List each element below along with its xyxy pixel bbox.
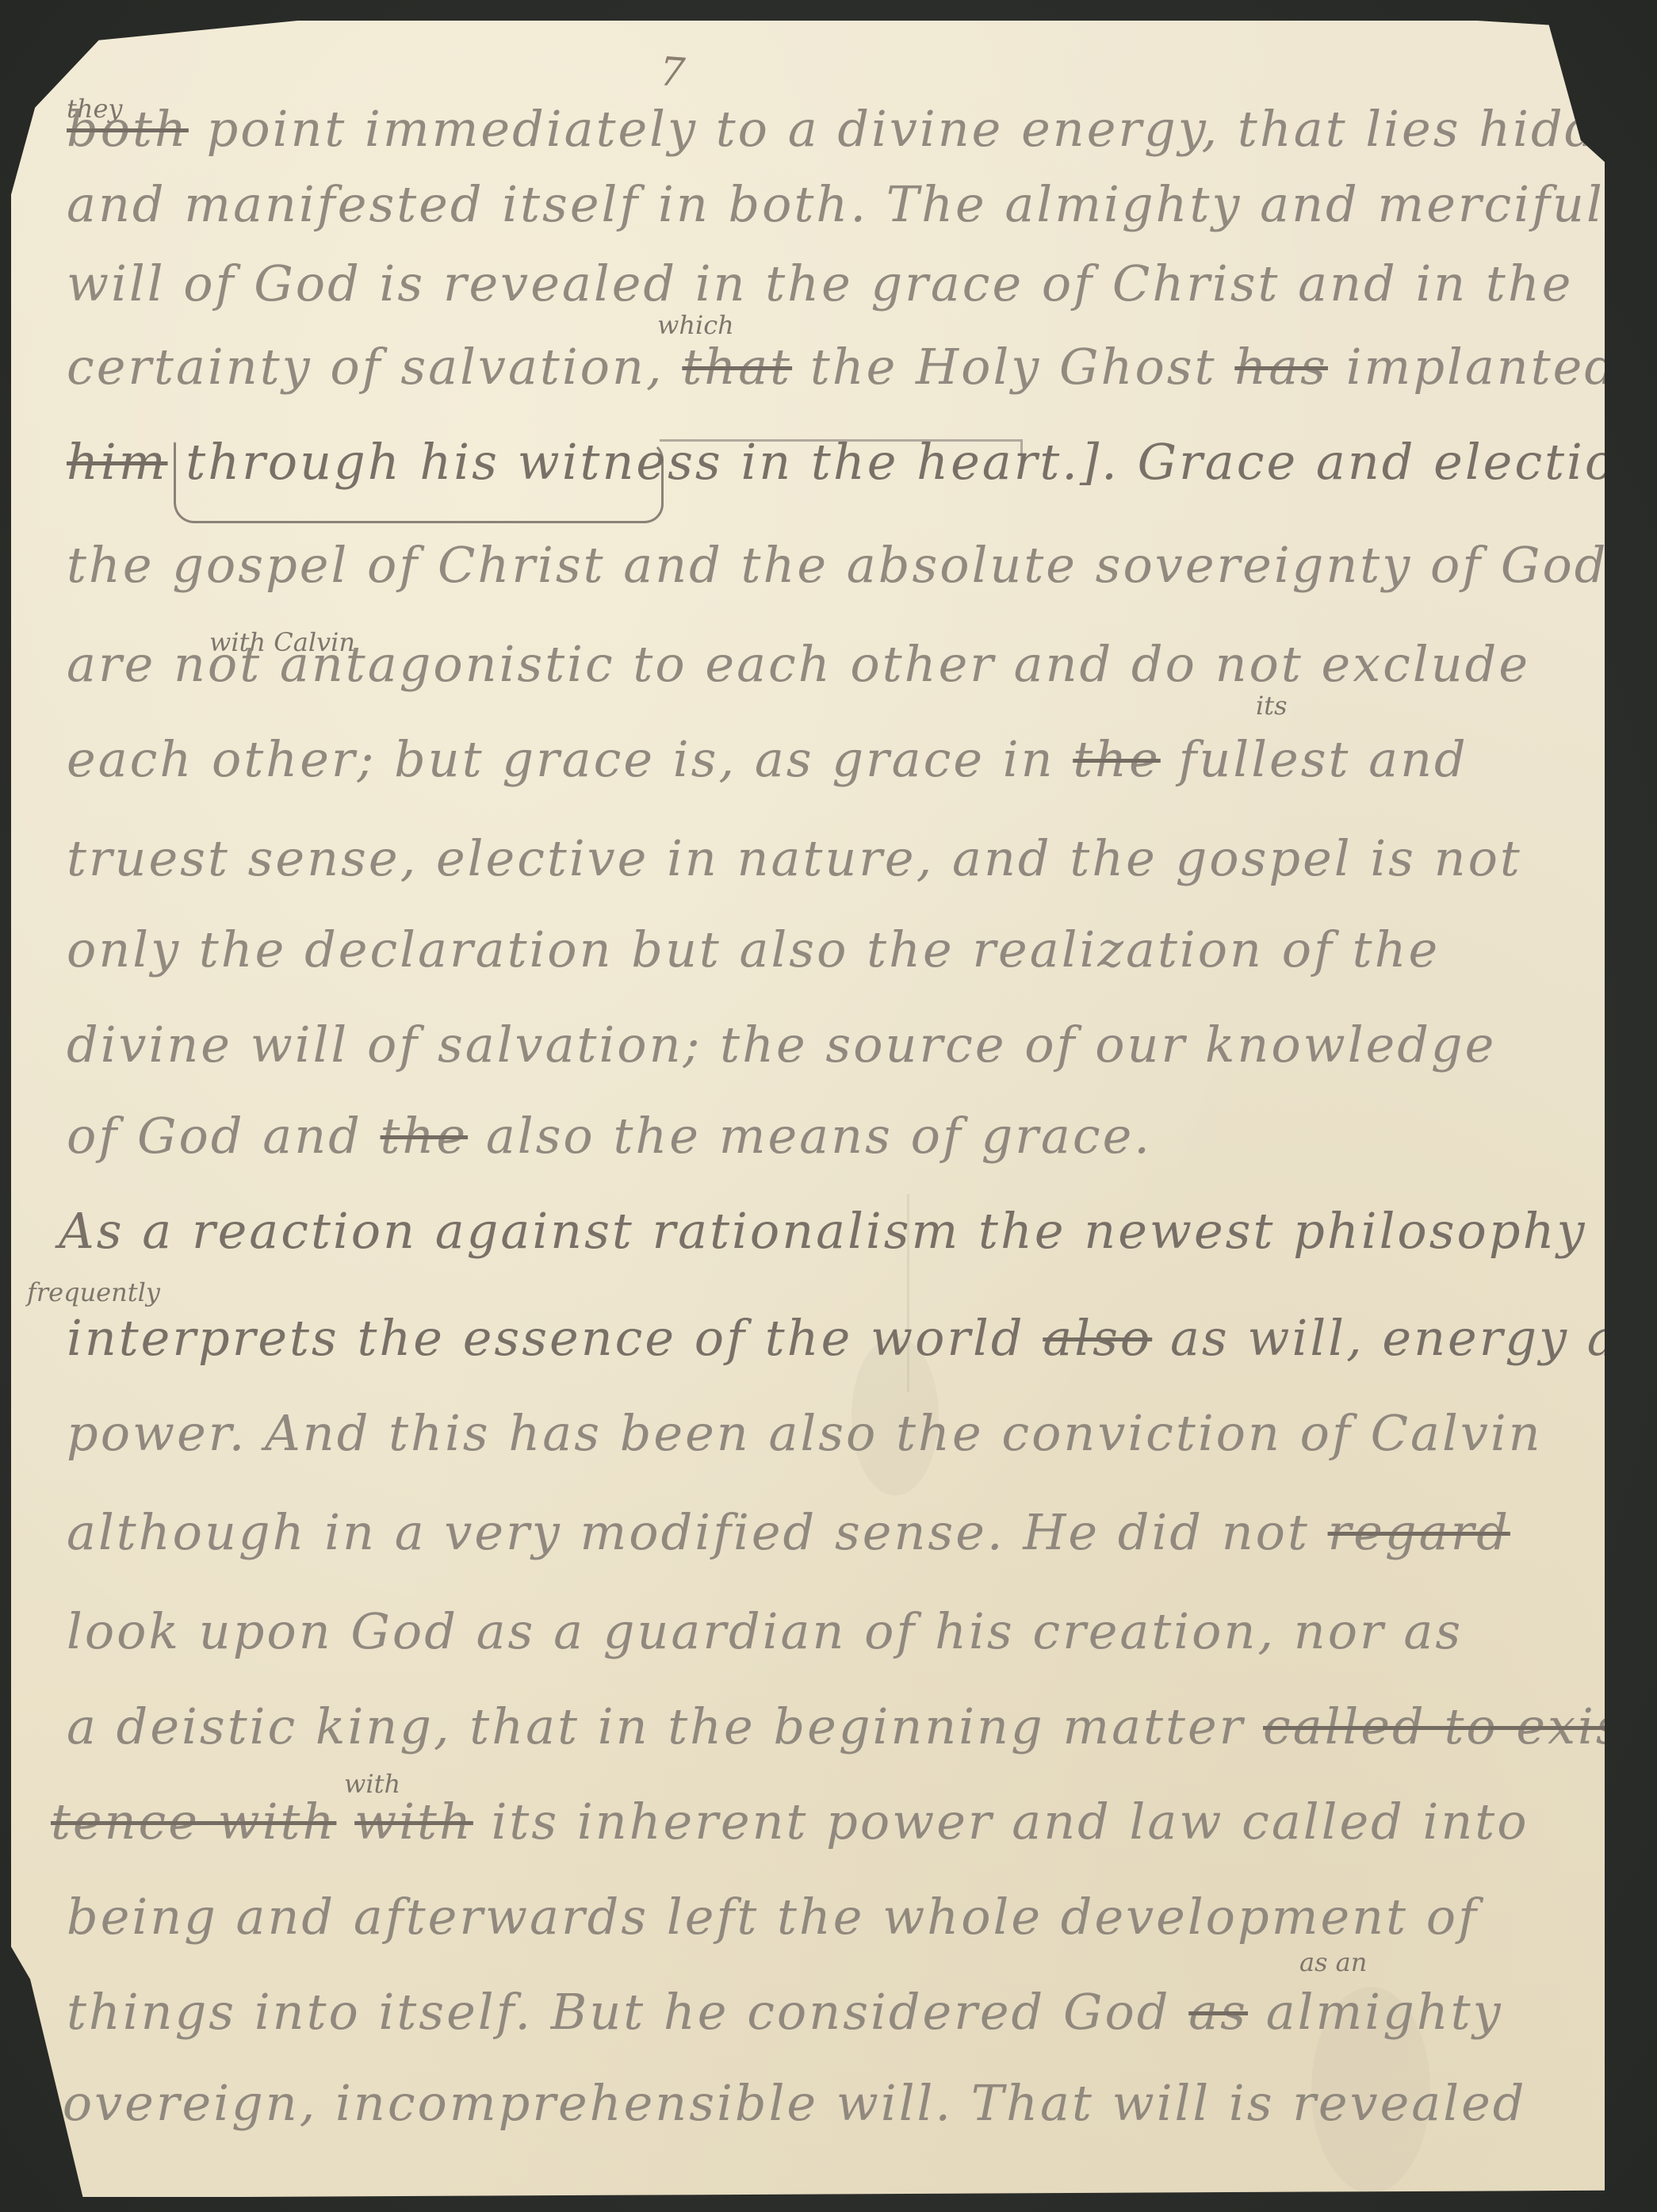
text-line-2: and manifested itself in both. The almig… <box>67 175 1605 233</box>
text-line-11: divine will of salvation; the source of … <box>67 1016 1496 1073</box>
text-line-10: only the declaration but also the realiz… <box>67 920 1440 978</box>
line-text: a deistic king, that in the beginning ma… <box>67 1697 1245 1755</box>
text-line-5: him through his witness in the heart.]. … <box>67 433 1657 491</box>
text-line-17: look upon God as a guardian of his creat… <box>67 1602 1463 1660</box>
text-line-15: power. And this has been also the convic… <box>67 1404 1543 1462</box>
bracketed-text: through his witness <box>186 433 722 491</box>
line-text: the Holy Ghost <box>810 338 1217 396</box>
text-line-6: the gospel of Christ and the absolute so… <box>67 536 1608 594</box>
page-number: 7 <box>658 48 687 96</box>
line-text: certainty of salvation, <box>67 338 664 396</box>
line-text: in the heart.]. Grace and election, <box>740 433 1657 491</box>
text-line-22: sovereign, incomprehensible will. That w… <box>35 2074 1526 2132</box>
struck-word: the <box>381 1107 469 1165</box>
struck-word: called to exis- <box>1263 1697 1643 1755</box>
text-line-16: although in a very modified sense. He di… <box>67 1503 1510 1561</box>
struck-word: that <box>682 338 792 396</box>
insertion-above: its <box>1256 691 1288 721</box>
line-text: point immediately to a divine energy, th… <box>207 100 1657 158</box>
line-text: also the means of grace. <box>486 1107 1152 1165</box>
line-text: almighty <box>1266 1983 1503 2041</box>
archival-mount-background: 7 they both point immediately to a divin… <box>0 0 1657 2212</box>
text-line-3: will of God is revealed in the grace of … <box>67 254 1573 312</box>
text-line-1: both point immediately to a divine energ… <box>67 100 1657 158</box>
line-text: as will, energy and <box>1170 1309 1657 1367</box>
text-line-20: being and afterwards left the whole deve… <box>67 1888 1479 1946</box>
struck-word: with <box>354 1793 473 1850</box>
text-line-8: each other; but grace is, as grace in th… <box>67 730 1468 788</box>
text-line-18: a deistic king, that in the beginning ma… <box>67 1697 1643 1755</box>
text-line-12: of God and the also the means of grace. <box>67 1107 1152 1165</box>
line-text: interprets the essence of the world <box>67 1309 1025 1367</box>
line-text: implanted <box>1346 338 1618 396</box>
struck-word: both <box>67 100 189 158</box>
text-line-13: As a reaction against rationalism the ne… <box>59 1202 1587 1260</box>
struck-word: as <box>1188 1983 1248 2041</box>
line-text: of God and <box>67 1107 362 1165</box>
line-text: each other; but grace is, as grace in <box>67 730 1055 788</box>
line-text: fullest and <box>1178 730 1468 788</box>
line-text: its inherent power and law called into <box>492 1793 1529 1850</box>
insertion-above: as an <box>1299 1947 1367 1977</box>
text-line-7: are not antagonistic to each other and d… <box>67 635 1530 693</box>
struck-word: also <box>1043 1309 1152 1367</box>
struck-word: him <box>67 433 168 491</box>
text-line-19: tence with with its inherent power and l… <box>51 1793 1529 1850</box>
struck-word: regard <box>1328 1503 1510 1561</box>
text-line-14: interprets the essence of the world also… <box>67 1309 1657 1367</box>
struck-word: tence with <box>51 1793 336 1850</box>
text-line-9: truest sense, elective in nature, and th… <box>67 829 1522 887</box>
insertion-margin: frequently <box>27 1277 160 1307</box>
manuscript-page: 7 they both point immediately to a divin… <box>11 21 1605 2197</box>
insertion-above: which <box>657 310 734 340</box>
text-line-4: certainty of salvation, that the Holy Gh… <box>67 338 1618 396</box>
struck-word: has <box>1234 338 1328 396</box>
text-line-21: things into itself. But he considered Go… <box>67 1983 1503 2041</box>
line-text: although in a very modified sense. He di… <box>67 1503 1310 1561</box>
struck-word: the <box>1073 730 1161 788</box>
line-text: things into itself. But he considered Go… <box>67 1983 1171 2041</box>
